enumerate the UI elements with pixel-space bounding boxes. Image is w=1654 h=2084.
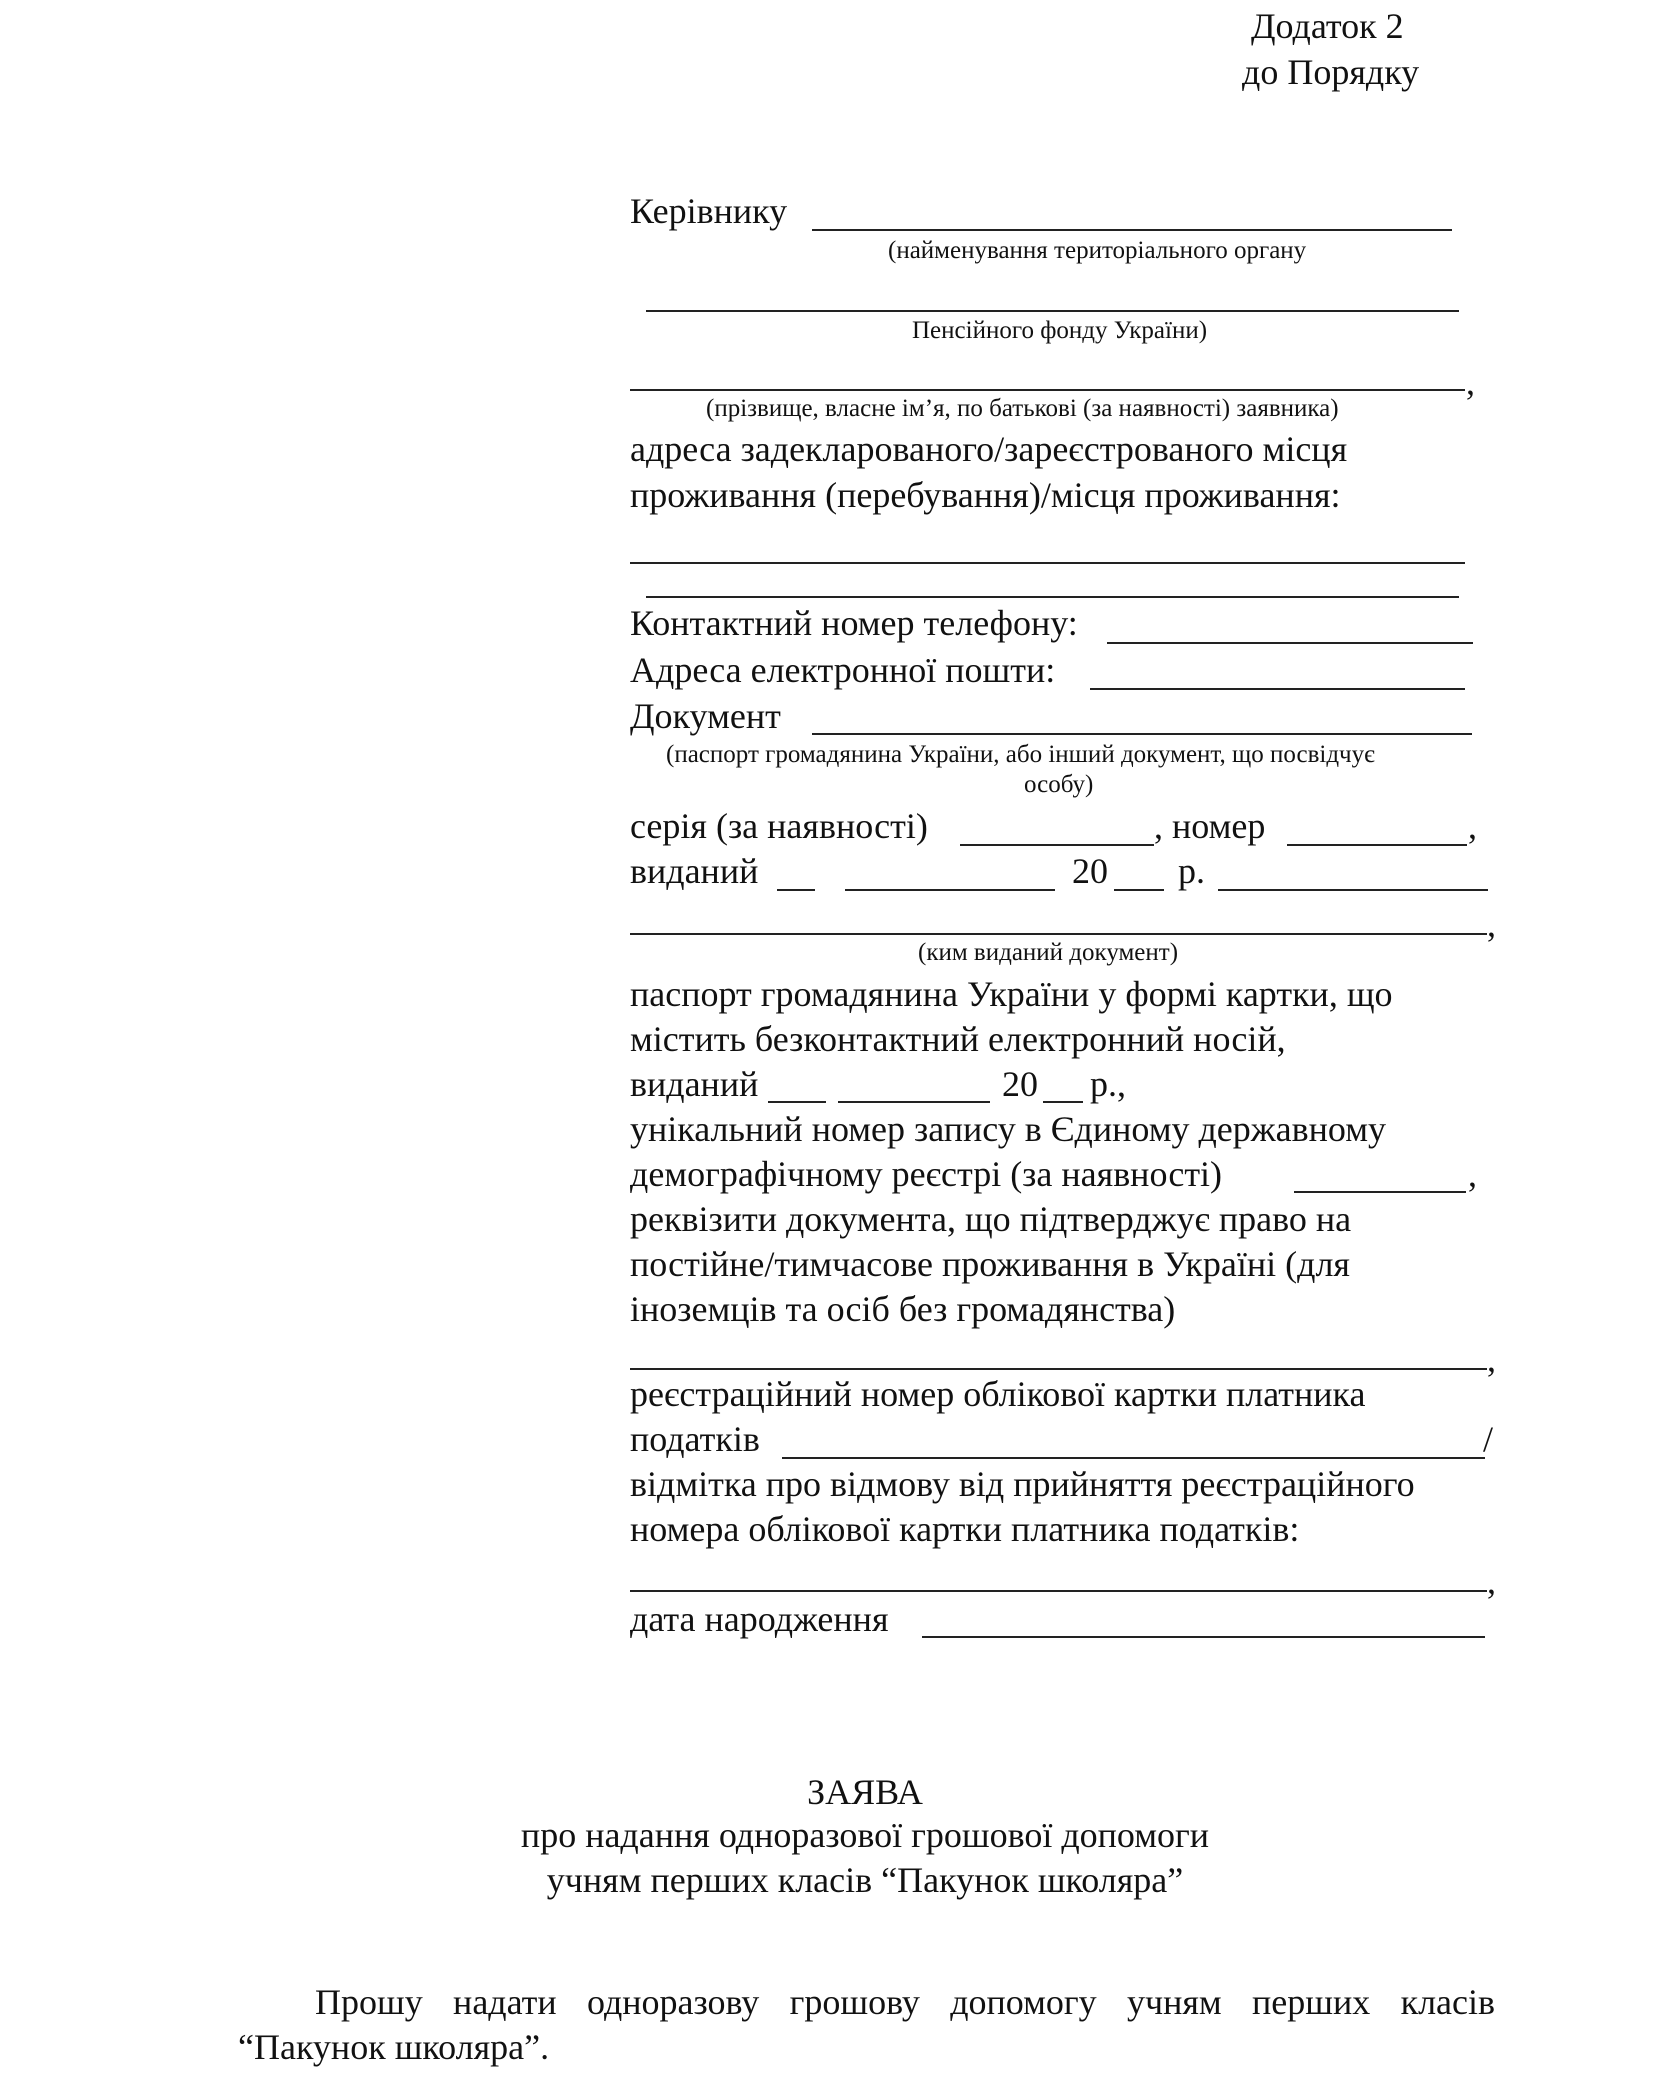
id-card-line2: містить безконтактний електронний носій, <box>630 1021 1286 1057</box>
issued-day-field[interactable] <box>777 889 815 891</box>
id-card-line1: паспорт громадянина України у формі карт… <box>630 976 1393 1012</box>
head-label: Керівнику <box>630 193 787 229</box>
address-label-line1: адреса задекларованого/зареєстрованого м… <box>630 431 1347 467</box>
id-card-year-prefix: 20 <box>1002 1066 1038 1102</box>
comma: , <box>1487 906 1496 942</box>
document-field[interactable] <box>812 733 1472 735</box>
tax-number-line1: реєстраційний номер облікової картки пла… <box>630 1376 1365 1412</box>
issued-year-field[interactable] <box>1114 889 1164 891</box>
id-card-issued-label: виданий <box>630 1066 758 1102</box>
issued-month-field[interactable] <box>845 889 1055 891</box>
document-hint-line2: особу) <box>1024 772 1093 797</box>
territorial-body-field-cont[interactable] <box>646 310 1459 312</box>
phone-label: Контактний номер телефону: <box>630 605 1078 641</box>
comma: , <box>1487 1341 1496 1377</box>
issued-by-field[interactable] <box>630 933 1487 935</box>
address-field-line1[interactable] <box>630 562 1465 564</box>
unique-number-line1: унікальний номер запису в Єдиному держав… <box>630 1111 1386 1147</box>
birth-date-label: дата народження <box>630 1601 889 1637</box>
comma: , <box>1487 1563 1496 1599</box>
birth-date-field[interactable] <box>922 1636 1485 1638</box>
request-line2: “Пакунок школяра”. <box>238 2029 549 2065</box>
unique-number-field[interactable] <box>1294 1191 1466 1193</box>
residence-doc-line2: постійне/тимчасове проживання в Україні … <box>630 1246 1350 1282</box>
comma: , <box>1468 1156 1477 1192</box>
id-card-day-field[interactable] <box>768 1101 826 1103</box>
document-hint-line1: (паспорт громадянина України, або інший … <box>666 742 1375 767</box>
year-prefix: 20 <box>1072 853 1108 889</box>
document-subtitle-line1: про надання одноразової грошової допомог… <box>0 1817 1654 1853</box>
request-line1: Прошу надати одноразову грошову допомогу… <box>315 1984 1495 2020</box>
slash: / <box>1483 1421 1493 1457</box>
email-field[interactable] <box>1090 688 1465 690</box>
residence-doc-field[interactable] <box>630 1368 1487 1370</box>
territorial-body-hint: (найменування територіального органу <box>888 238 1306 263</box>
issued-label: виданий <box>630 853 758 889</box>
number-field[interactable] <box>1287 844 1467 846</box>
series-field[interactable] <box>960 844 1154 846</box>
issued-by-hint: (ким виданий документ) <box>918 940 1178 965</box>
issued-extra-field[interactable] <box>1218 889 1488 891</box>
document-subtitle-line2: учням перших класів “Пакунок школяра” <box>0 1862 1654 1898</box>
email-label: Адреса електронної пошти: <box>630 652 1055 688</box>
id-card-year-suffix: р., <box>1090 1066 1126 1102</box>
residence-doc-line3: іноземців та осіб без громадянства) <box>630 1291 1175 1327</box>
territorial-body-field[interactable] <box>812 229 1452 231</box>
phone-field[interactable] <box>1107 642 1473 644</box>
refusal-line1: відмітка про відмову від прийняття реєст… <box>630 1466 1415 1502</box>
applicant-name-field[interactable] <box>630 389 1465 391</box>
refusal-line2: номера облікової картки платника податкі… <box>630 1511 1299 1547</box>
id-card-month-field[interactable] <box>838 1101 990 1103</box>
number-label: , номер <box>1154 808 1265 844</box>
tax-number-line2: податків <box>630 1421 760 1457</box>
unique-number-line2: демографічному реєстрі (за наявності) <box>630 1156 1222 1192</box>
pension-fund-hint: Пенсійного фонду України) <box>912 318 1207 343</box>
document-label: Документ <box>630 698 781 734</box>
id-card-year-field[interactable] <box>1043 1101 1083 1103</box>
tax-number-field[interactable] <box>782 1457 1485 1459</box>
year-suffix: р. <box>1178 853 1205 889</box>
series-label: серія (за наявності) <box>630 808 928 844</box>
document-title: ЗАЯВА <box>0 1774 1654 1810</box>
comma: , <box>1468 808 1477 844</box>
appendix-number: Додаток 2 <box>1251 8 1404 44</box>
appendix-reference: до Порядку <box>1242 54 1419 90</box>
residence-doc-line1: реквізити документа, що підтверджує прав… <box>630 1201 1351 1237</box>
address-label-line2: проживання (перебування)/місця проживанн… <box>630 477 1341 513</box>
refusal-field[interactable] <box>630 1590 1487 1592</box>
comma: , <box>1466 364 1475 400</box>
applicant-name-hint: (прізвище, власне ім’я, по батькові (за … <box>706 396 1339 421</box>
address-field-line2[interactable] <box>646 596 1459 598</box>
